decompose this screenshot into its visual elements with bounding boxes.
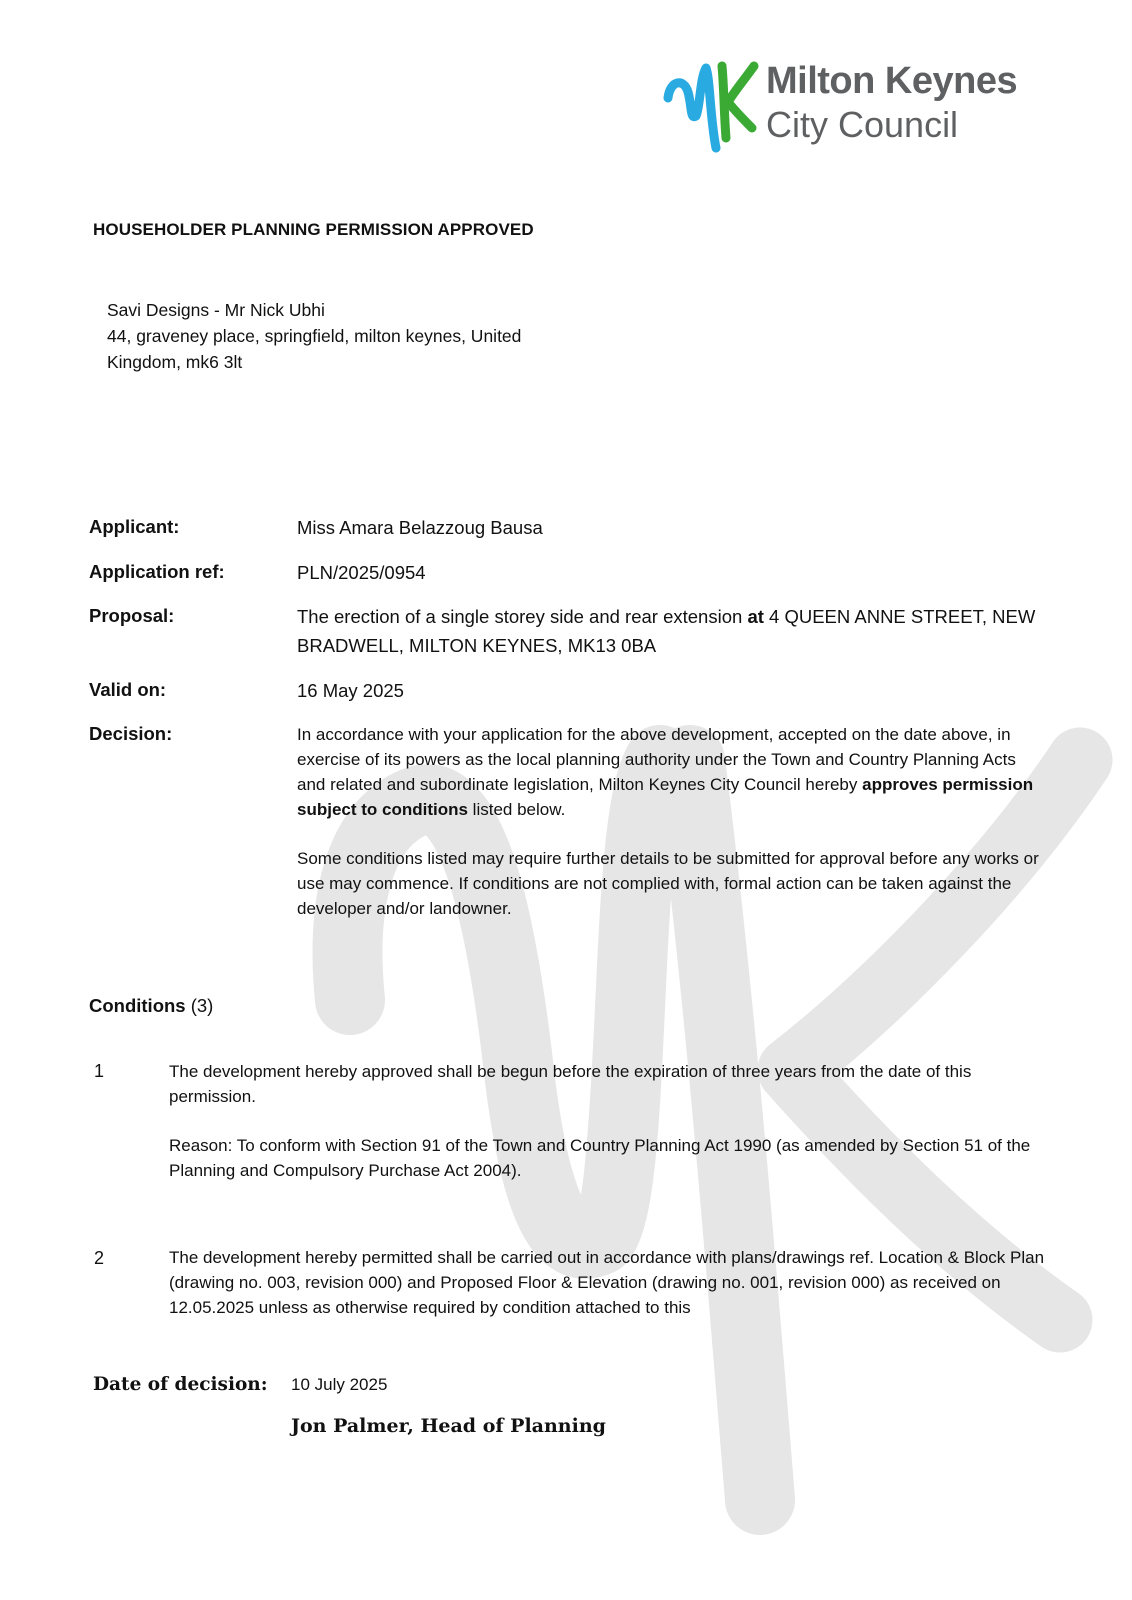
logo-title: Milton Keynes: [766, 60, 1017, 103]
date-of-decision-value: 10 July 2025: [291, 1375, 387, 1395]
document-title: HOUSEHOLDER PLANNING PERMISSION APPROVED: [93, 220, 534, 240]
recipient-address-line: 44, graveney place, springfield, milton …: [107, 323, 521, 349]
valid-on-value: 16 May 2025: [297, 676, 1057, 705]
valid-on-label: Valid on:: [89, 679, 166, 701]
application-ref-label: Application ref:: [89, 561, 225, 583]
council-logo: Milton Keynes City Council: [660, 58, 1060, 158]
condition-item: The development hereby approved shall be…: [169, 1059, 1049, 1207]
decision-paragraph: In accordance with your application for …: [297, 722, 1042, 822]
signatory: Jon Palmer, Head of Planning: [291, 1415, 606, 1437]
recipient-name: Savi Designs - Mr Nick Ubhi: [107, 297, 521, 323]
decision-text: In accordance with your application for …: [297, 722, 1042, 945]
logo-subtitle: City Council: [766, 104, 958, 146]
proposal-label: Proposal:: [89, 605, 174, 627]
condition-number: 2: [94, 1248, 104, 1269]
condition-item: The development hereby permitted shall b…: [169, 1245, 1049, 1344]
conditions-heading: Conditions (3): [89, 995, 213, 1017]
recipient-address: Savi Designs - Mr Nick Ubhi 44, graveney…: [107, 297, 521, 375]
applicant-value: Miss Amara Belazzoug Bausa: [297, 513, 1057, 542]
decision-label: Decision:: [89, 723, 172, 745]
proposal-value: The erection of a single storey side and…: [297, 602, 1057, 660]
mk-logo-icon: [660, 58, 760, 158]
applicant-label: Applicant:: [89, 516, 179, 538]
application-ref-value: PLN/2025/0954: [297, 558, 1057, 587]
condition-number: 1: [94, 1061, 104, 1082]
decision-paragraph: Some conditions listed may require furth…: [297, 846, 1042, 921]
recipient-address-line: Kingdom, mk6 3lt: [107, 349, 521, 375]
date-of-decision-label: Date of decision:: [93, 1374, 268, 1395]
